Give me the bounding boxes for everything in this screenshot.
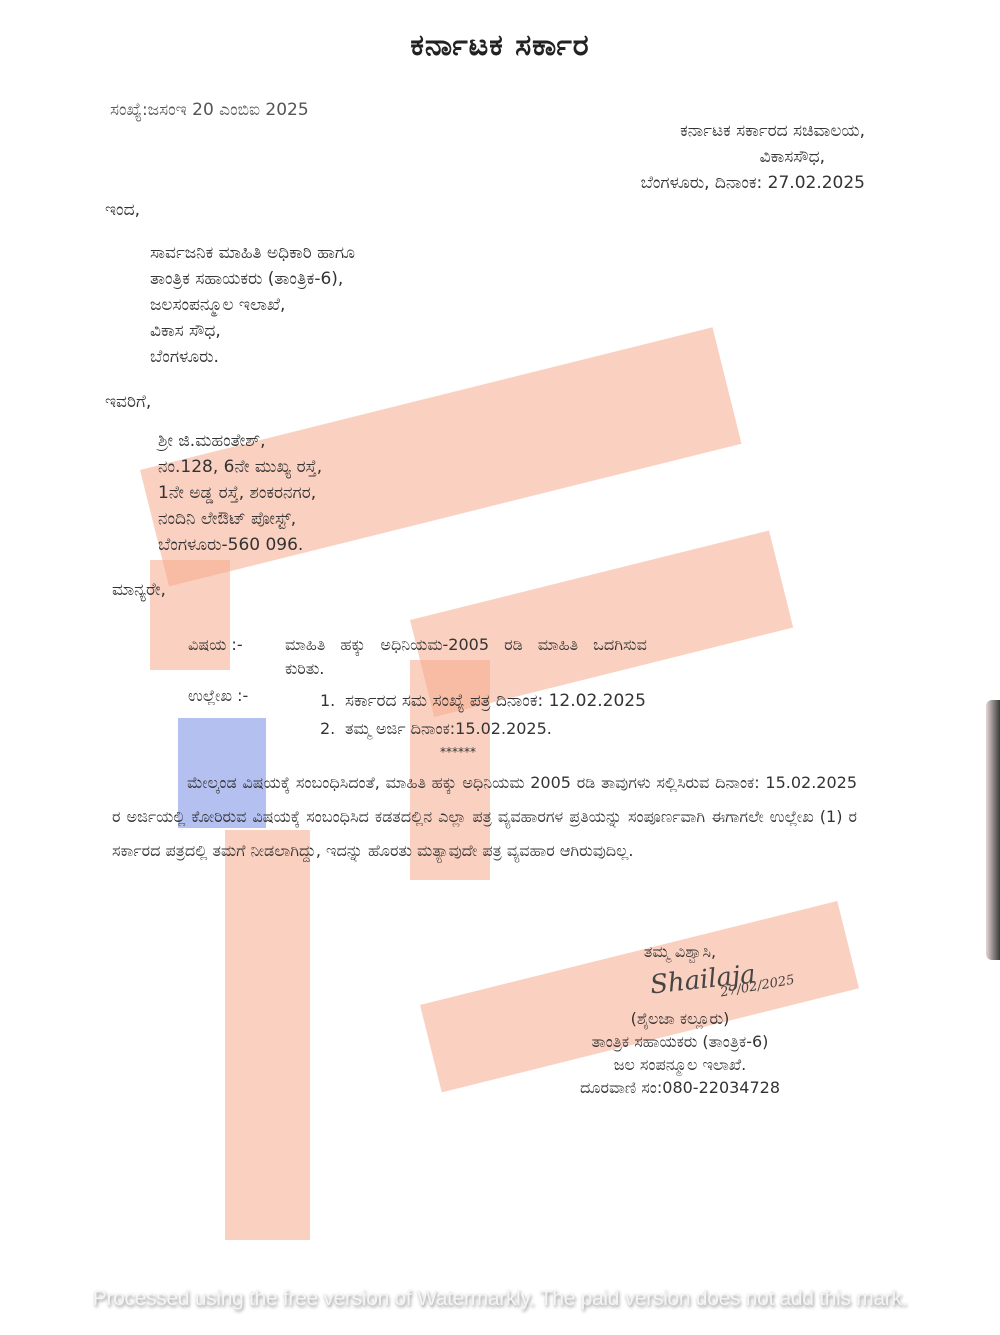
reference-item: ತಮ್ಮ ಅರ್ಜಿ ದಿನಾಂಕ:15.02.2025. — [345, 719, 552, 739]
address-line: ಬೆಂಗಳೂರು. — [150, 344, 355, 370]
salutation: ಮಾನ್ಯರೇ, — [112, 580, 166, 600]
signatory-name: (ಶೈಲಜಾ ಕಲ್ಲೂರು) — [520, 1007, 840, 1030]
subject-text-cont: ಕುರಿತು. — [285, 659, 324, 679]
reference-number: ಸಂಖ್ಯೆ:ಜಸಂಇ 20 ಎಂಬಿಐ 2025 — [110, 100, 309, 120]
watermark-notice: Processed using the free version of Wate… — [0, 1287, 1000, 1311]
address-line: ಜಲಸಂಪನ್ಮೂಲ ಇಲಾಖೆ, — [150, 292, 355, 318]
signature-block: ತಮ್ಮ ವಿಶ್ವಾಸಿ, Shailaja 27/02/2025 (ಶೈಲಜ… — [520, 940, 840, 1099]
reference-num: 2. — [320, 719, 335, 738]
from-label: ಇಂದ, — [105, 200, 140, 220]
signatory-phone: ದೂರವಾಣಿ ಸಂ:080-22034728 — [520, 1076, 840, 1099]
office-line: ವಿಕಾಸಸೌಧ, — [641, 144, 865, 170]
address-line: ವಿಕಾಸ ಸೌಧ, — [150, 318, 355, 344]
office-address: ಕರ್ನಾಟಕ ಸರ್ಕಾರದ ಸಚಿವಾಲಯ, ವಿಕಾಸಸೌಧ, ಬೆಂಗಳ… — [641, 118, 865, 196]
to-address: ಶ್ರೀ ಜಿ.ಮಹಂತೇಶ್, ನಂ.128, 6ನೇ ಮುಖ್ಯ ರಸ್ತೆ… — [158, 428, 322, 558]
to-label: ಇವರಿಗೆ, — [105, 392, 151, 412]
address-line: ಸಾರ್ವಜನಿಕ ಮಾಹಿತಿ ಅಧಿಕಾರಿ ಹಾಗೂ — [150, 240, 355, 266]
reference-item: ಸರ್ಕಾರದ ಸಮ ಸಂಖ್ಯೆ ಪತ್ರ ದಿನಾಂಕ: 12.02.202… — [345, 691, 646, 711]
reference-num: 1. — [320, 691, 335, 710]
address-line: ನಂದಿನಿ ಲೇಔಟ್ ಪೋಸ್ಟ್, — [158, 506, 322, 532]
from-address: ಸಾರ್ವಜನಿಕ ಮಾಹಿತಿ ಅಧಿಕಾರಿ ಹಾಗೂ ತಾಂತ್ರಿಕ ಸ… — [150, 240, 355, 370]
address-line: ನಂ.128, 6ನೇ ಮುಖ್ಯ ರಸ್ತೆ, — [158, 454, 322, 480]
signatory-designation: ತಾಂತ್ರಿಕ ಸಹಾಯಕರು (ತಾಂತ್ರಿಕ-6) — [520, 1030, 840, 1053]
watermark-shape — [225, 830, 310, 1240]
address-line: ಶ್ರೀ ಜಿ.ಮಹಂತೇಶ್, — [158, 428, 322, 454]
document-title: ಕರ್ನಾಟಕ ಸರ್ಕಾರ — [0, 28, 1000, 63]
subject-text: ಮಾಹಿತಿ ಹಕ್ಕು ಅಧಿನಿಯಮ-2005 ರಡಿ ಮಾಹಿತಿ ಒದಗ… — [285, 635, 797, 655]
references-label: ಉಲ್ಲೇಖ :- — [188, 686, 248, 706]
address-line: ಬೆಂಗಳೂರು-560 096. — [158, 532, 322, 558]
scan-edge-artifact — [986, 700, 1000, 960]
address-line: 1ನೇ ಅಡ್ಡ ರಸ್ತೆ, ಶಂಕರನಗರ, — [158, 480, 322, 506]
subject-label: ವಿಷಯ :- — [188, 635, 243, 655]
watermark-shape — [410, 530, 793, 717]
letter-body: ಮೇಲ್ಕಂಡ ವಿಷಯಕ್ಕೆ ಸಂಬಂಧಿಸಿದಂತೆ, ಮಾಹಿತಿ ಹಕ… — [112, 766, 857, 868]
closing: ತಮ್ಮ ವಿಶ್ವಾಸಿ, — [520, 940, 840, 963]
signatory-department: ಜಲ ಸಂಪನ್ಮೂಲ ಇಲಾಖೆ. — [520, 1053, 840, 1076]
signature-area: Shailaja 27/02/2025 — [520, 963, 840, 1007]
separator: ****** — [440, 745, 476, 759]
office-line: ಕರ್ನಾಟಕ ಸರ್ಕಾರದ ಸಚಿವಾಲಯ, — [641, 118, 865, 144]
office-line: ಬೆಂಗಳೂರು, ದಿನಾಂಕ: 27.02.2025 — [641, 170, 865, 196]
address-line: ತಾಂತ್ರಿಕ ಸಹಾಯಕರು (ತಾಂತ್ರಿಕ-6), — [150, 266, 355, 292]
